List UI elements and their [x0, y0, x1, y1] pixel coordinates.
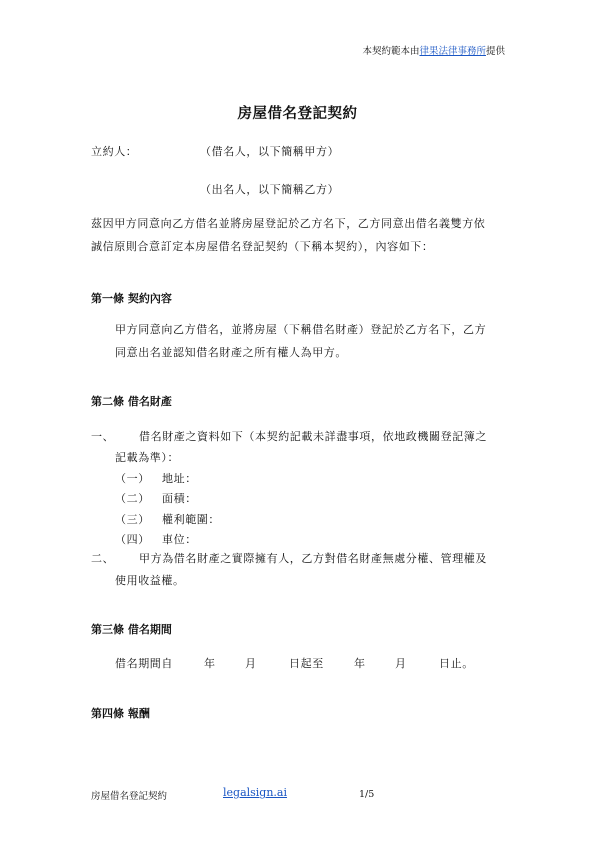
period-start-label: 借名期間自: [115, 655, 173, 671]
law-firm-link[interactable]: 律果法律事務所: [419, 46, 486, 57]
article-2-item-1-line-1: 借名財產之資料如下（本契約記載未詳盡事項，依地政機關登記簿之: [139, 428, 487, 444]
footer-legalsign-link[interactable]: legalsign.ai: [223, 786, 287, 799]
subitem-1-label: 地址：: [162, 470, 197, 486]
article-2-heading: 第二條 借名財產: [91, 393, 172, 409]
article-4-heading: 第四條 報酬: [91, 705, 150, 721]
subitem-2-label: 面積：: [162, 490, 197, 506]
party-b: （出名人，以下簡稱乙方）: [200, 181, 339, 197]
header-suffix: 提供: [486, 46, 505, 57]
period-day-1: 日起至: [289, 655, 324, 671]
article-1-line-1: 甲方同意向乙方借名，並將房屋（下稱借名財產）登記於乙方名下，乙方: [115, 321, 486, 337]
preamble-line-2: 誠信原則合意訂定本房屋借名登記契約（下稱本契約），內容如下：: [91, 238, 434, 254]
period-year-2: 年: [354, 655, 366, 671]
header-attribution: 本契約範本由律果法律事務所提供: [362, 43, 505, 57]
parties-label: 立約人：: [91, 143, 137, 159]
period-day-2: 日止。: [439, 655, 474, 671]
subitem-1-num: （一）: [115, 470, 150, 486]
party-a: （借名人，以下簡稱甲方）: [200, 143, 339, 159]
subitem-2-num: （二）: [115, 490, 150, 506]
subitem-4-num: （四）: [115, 531, 150, 547]
header-prefix: 本契約範本由: [362, 46, 419, 57]
page-number: 1/5: [359, 789, 374, 800]
document-title: 房屋借名登記契約: [0, 102, 595, 123]
subitem-3-label: 權利範圍：: [162, 511, 220, 527]
period-month-1: 月: [245, 655, 257, 671]
period-year-1: 年: [204, 655, 216, 671]
article-2-item-1-line-2: 記載為準）：: [115, 449, 179, 465]
subitem-3-num: （三）: [115, 511, 150, 527]
preamble-line-1: 茲因甲方同意向乙方借名並將房屋登記於乙方名下，乙方同意出借名義雙方依: [91, 215, 485, 231]
article-3-heading: 第三條 借名期間: [91, 621, 172, 637]
article-2-item-2-num: 二、: [91, 550, 114, 566]
article-2-item-2-line-2: 使用收益權。: [115, 572, 185, 588]
period-month-2: 月: [395, 655, 407, 671]
article-1-line-2: 同意出名並認知借名財產之所有權人為甲方。: [115, 344, 347, 360]
article-2-item-2-line-1: 甲方為借名財產之實際擁有人，乙方對借名財產無處分權、管理權及: [139, 550, 487, 566]
article-2-item-1-num: 一、: [91, 428, 114, 444]
subitem-4-label: 車位：: [162, 531, 197, 547]
footer-doc-title: 房屋借名登記契約: [91, 788, 167, 802]
article-1-heading: 第一條 契約內容: [91, 290, 172, 306]
